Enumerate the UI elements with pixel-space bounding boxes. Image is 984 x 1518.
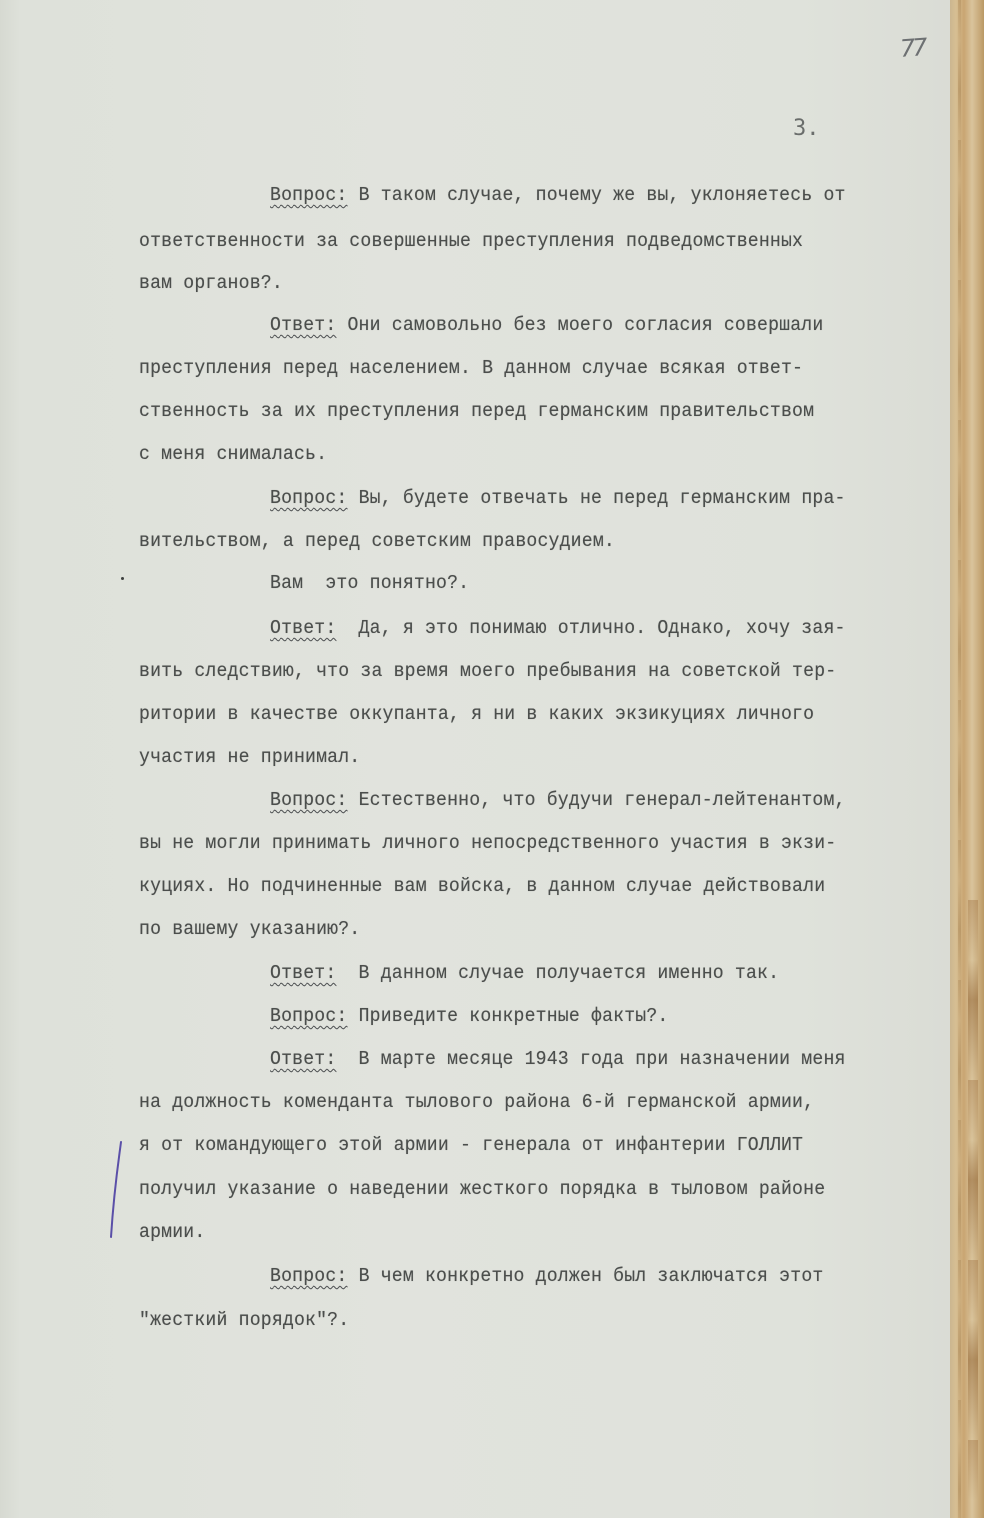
line-text: участия не принимал. (139, 746, 360, 768)
line-text: вам органов?. (139, 272, 283, 294)
line-text: В данном случае получается именно так. (336, 962, 779, 984)
answer-line: Ответ: Они самовольно без моего согласия… (270, 314, 823, 336)
text-line: с меня снималась. (139, 443, 327, 465)
line-text: на должность коменданта тылового района … (139, 1091, 814, 1113)
answer-line: Ответ: В марте месяце 1943 года при назн… (270, 1048, 846, 1070)
text-line: получил указание о наведении жесткого по… (139, 1178, 825, 1200)
line-text: преступления перед населением. В данном … (139, 357, 803, 379)
question-line: Вопрос: Естественно, что будучи генерал-… (270, 789, 846, 811)
question-label: Вопрос: (270, 184, 347, 206)
text-line: вительством, а перед советским правосуди… (139, 530, 615, 552)
text-line: преступления перед населением. В данном … (139, 357, 803, 379)
line-text: В таком случае, почему же вы, уклоняетес… (347, 184, 845, 206)
question-label: Вопрос: (270, 1005, 347, 1027)
page-edge (950, 0, 984, 1518)
line-text: Вам это понятно?. (270, 572, 469, 594)
document-page: 77 3. Вопрос: В таком случае, почему же … (0, 0, 950, 1518)
text-line: я от командующего этой армии - генерала … (139, 1134, 803, 1156)
text-line: ственность за их преступления перед герм… (139, 400, 814, 422)
line-text: Да, я это понимаю отлично. Однако, хочу … (336, 617, 845, 639)
answer-label: Ответ: (270, 1048, 336, 1070)
text-line: армии. (139, 1221, 205, 1243)
text-line: куциях. Но подчиненные вам войска, в дан… (139, 875, 825, 897)
line-text: ственность за их преступления перед герм… (139, 400, 814, 422)
line-text: я от командующего этой армии - генерала … (139, 1134, 803, 1156)
line-text: В марте месяце 1943 года при назначении … (336, 1048, 845, 1070)
line-text: вительством, а перед советским правосуди… (139, 530, 615, 552)
answer-line: Ответ: Да, я это понимаю отлично. Однако… (270, 617, 846, 639)
line-text: вить следствию, что за время моего пребы… (139, 660, 836, 682)
line-text: Естественно, что будучи генерал-лейтенан… (347, 789, 845, 811)
archive-folio-number: 77 (899, 33, 925, 63)
ink-dot (121, 577, 124, 580)
line-text: с меня снималась. (139, 443, 327, 465)
page-number: 3. (793, 116, 820, 141)
text-line: Вам это понятно?. (270, 572, 469, 594)
question-line: Вопрос: Приведите конкретные факты?. (270, 1005, 668, 1027)
line-text: В чем конкретно должен был заключатся эт… (347, 1265, 823, 1287)
question-line: Вопрос: В чем конкретно должен был заклю… (270, 1265, 823, 1287)
line-text: Вы, будете отвечать не перед германским … (347, 487, 845, 509)
line-text: ответственности за совершенные преступле… (139, 230, 803, 252)
answer-line: Ответ: В данном случае получается именно… (270, 962, 779, 984)
text-line: на должность коменданта тылового района … (139, 1091, 814, 1113)
answer-label: Ответ: (270, 617, 336, 639)
text-line: вить следствию, что за время моего пребы… (139, 660, 836, 682)
text-line: участия не принимал. (139, 746, 360, 768)
line-text: армии. (139, 1221, 205, 1243)
margin-pen-mark (108, 1140, 128, 1240)
text-line: ответственности за совершенные преступле… (139, 230, 803, 252)
question-line: Вопрос: В таком случае, почему же вы, ук… (270, 184, 846, 206)
line-text: ритории в качестве оккупанта, я ни в как… (139, 703, 814, 725)
line-text: вы не могли принимать личного непосредст… (139, 832, 836, 854)
line-text: по вашему указанию?. (139, 918, 360, 940)
line-text: "жесткий порядок"?. (139, 1309, 349, 1331)
text-line: вам органов?. (139, 272, 283, 294)
answer-label: Ответ: (270, 314, 336, 336)
line-text: Приведите конкретные факты?. (347, 1005, 668, 1027)
text-line: ритории в качестве оккупанта, я ни в как… (139, 703, 814, 725)
line-text: получил указание о наведении жесткого по… (139, 1178, 825, 1200)
text-line: вы не могли принимать личного непосредст… (139, 832, 836, 854)
question-label: Вопрос: (270, 789, 347, 811)
line-text: куциях. Но подчиненные вам войска, в дан… (139, 875, 825, 897)
text-line: по вашему указанию?. (139, 918, 360, 940)
question-label: Вопрос: (270, 487, 347, 509)
question-label: Вопрос: (270, 1265, 347, 1287)
answer-label: Ответ: (270, 962, 336, 984)
line-text: Они самовольно без моего согласия соверш… (336, 314, 823, 336)
text-line: "жесткий порядок"?. (139, 1309, 349, 1331)
question-line: Вопрос: Вы, будете отвечать не перед гер… (270, 487, 846, 509)
